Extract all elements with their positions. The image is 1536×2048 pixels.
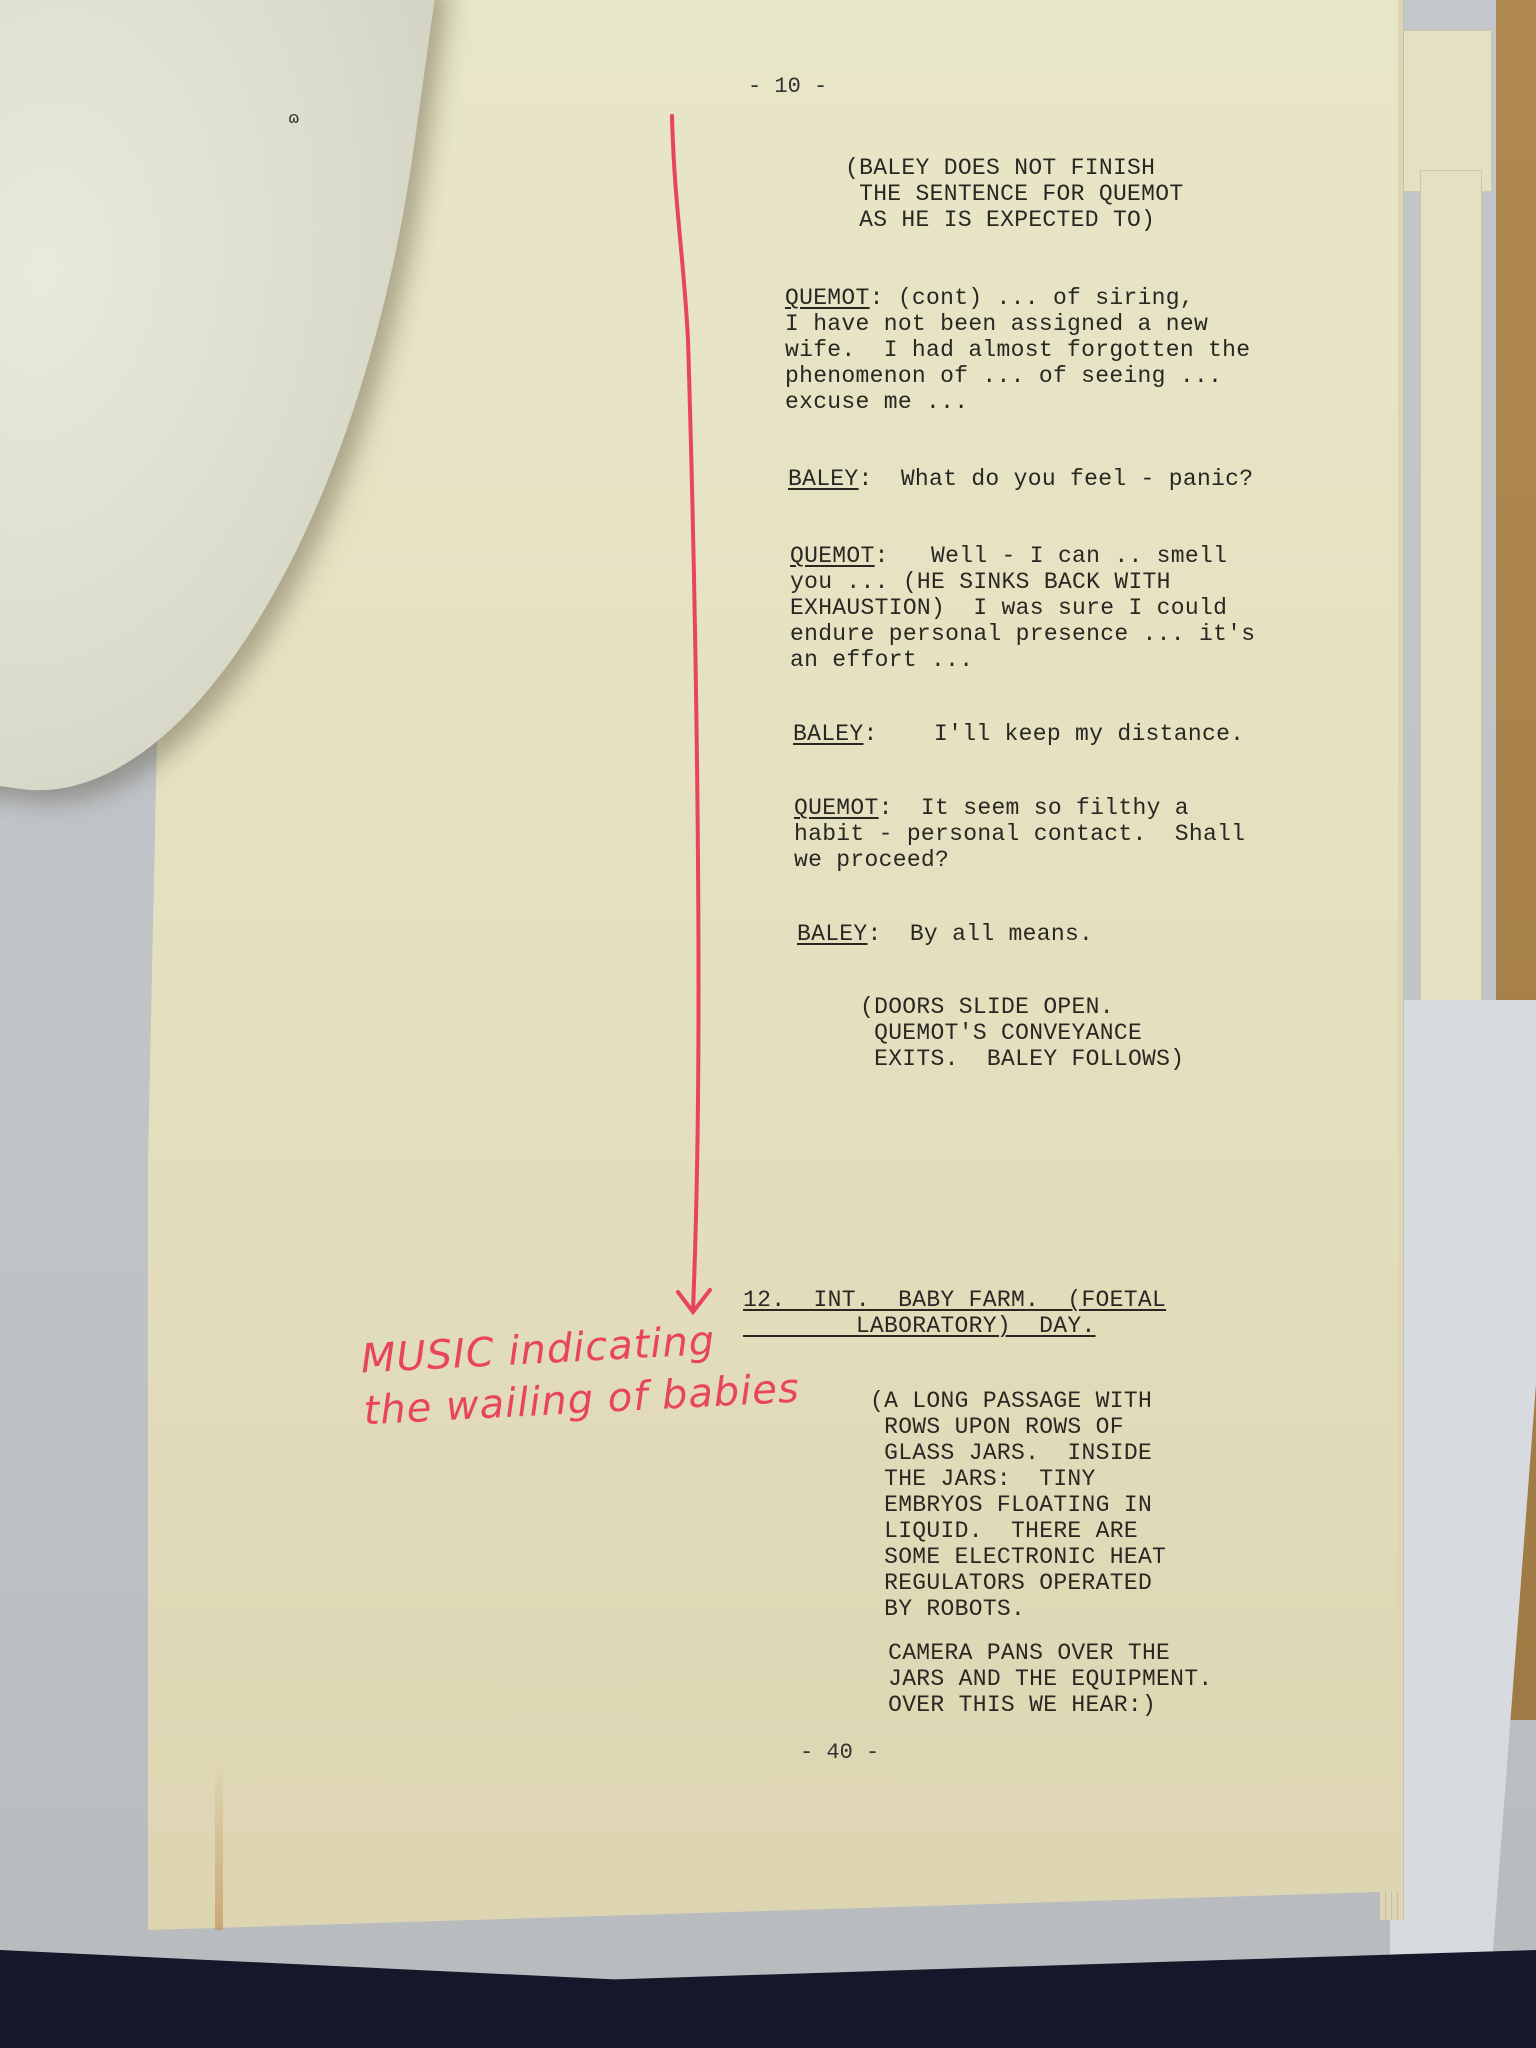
arrow-down-icon <box>0 0 1536 2048</box>
